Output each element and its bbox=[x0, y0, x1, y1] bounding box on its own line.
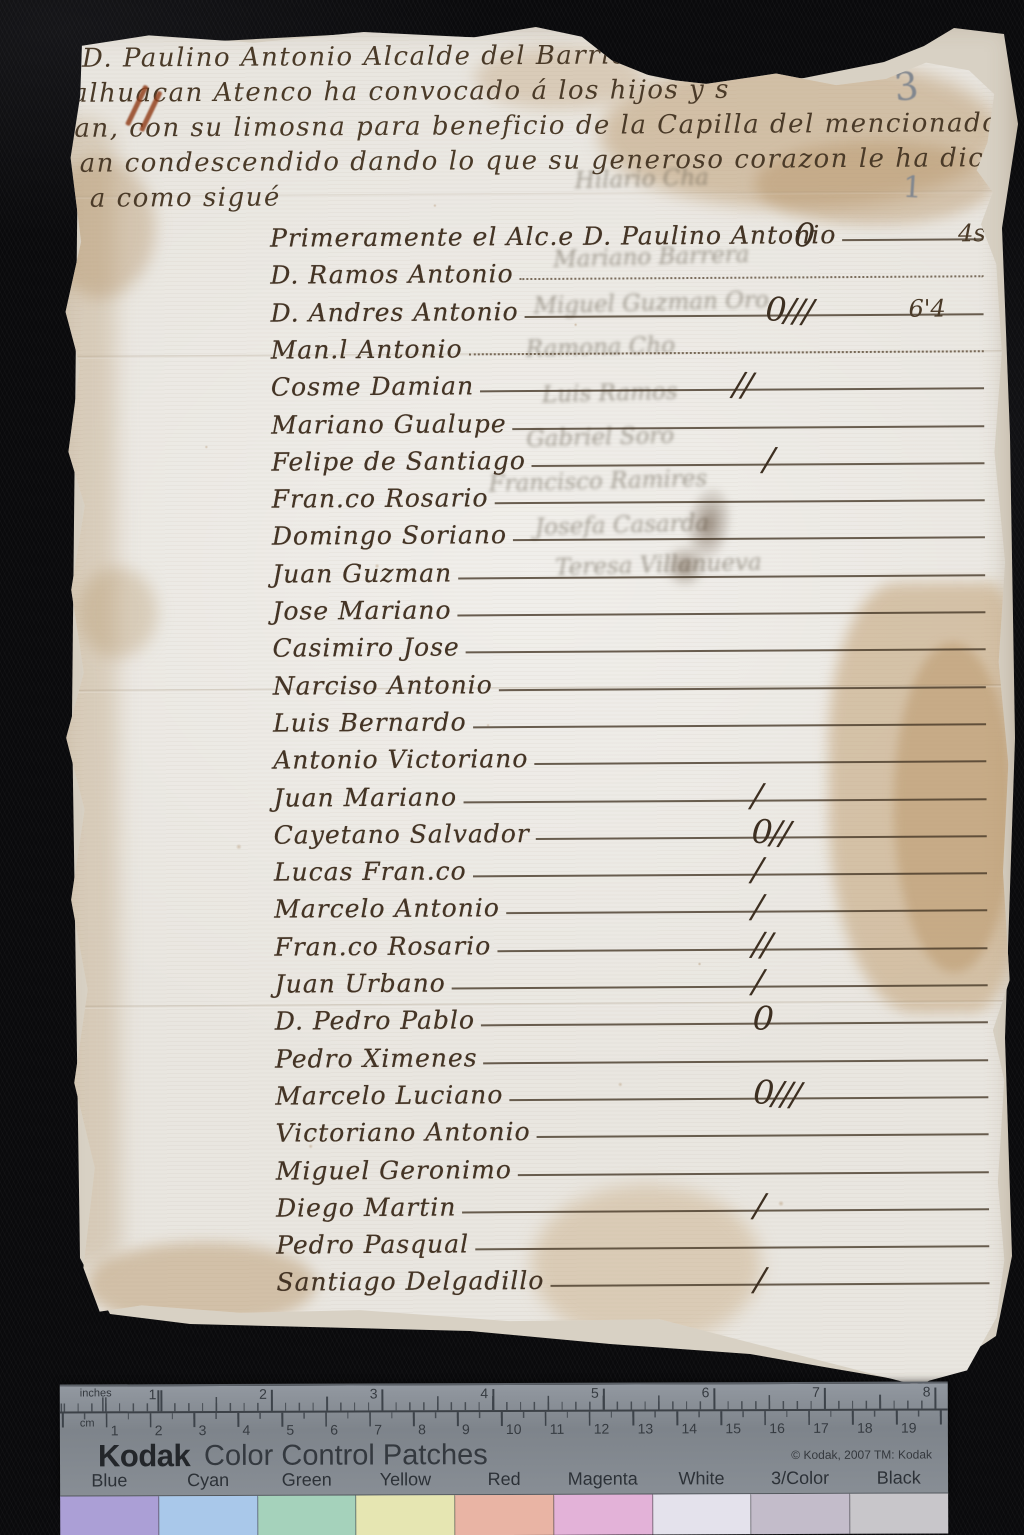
color-patch-3-color bbox=[752, 1494, 851, 1534]
entry-name: D. Pedro Pablo bbox=[275, 1006, 475, 1037]
entry-tally-mark: 0 bbox=[793, 215, 814, 255]
contribution-entry: Antonio Victoriano bbox=[273, 734, 988, 775]
card-copyright: © Kodak, 2007 TM: Kodak bbox=[791, 1448, 932, 1462]
contribution-entry: Fran.co Rosario bbox=[272, 473, 987, 514]
cm-number: 2 bbox=[155, 1422, 163, 1438]
entry-name: Pedro Ximenes bbox=[275, 1043, 478, 1074]
entry-name: Diego Martin bbox=[276, 1192, 457, 1223]
entry-tally-mark: 0// bbox=[751, 811, 791, 852]
contribution-entry: Diego Martin/ bbox=[276, 1182, 991, 1223]
entry-name: Juan Urbano bbox=[275, 969, 446, 1000]
kodak-brand: Kodak bbox=[98, 1438, 190, 1474]
color-patch-green bbox=[258, 1496, 357, 1535]
cm-number: 14 bbox=[681, 1420, 697, 1436]
entry-tally-mark: / bbox=[750, 775, 762, 815]
entry-name: Felipe de Santiago bbox=[271, 446, 526, 478]
entry-name: Pedro Pasqual bbox=[276, 1230, 469, 1261]
patch-label: Yellow bbox=[356, 1469, 455, 1494]
entry-tally-mark: / bbox=[753, 1185, 765, 1225]
contribution-entry: Juan Urbano/ bbox=[275, 958, 990, 999]
cm-number: 1 bbox=[111, 1422, 119, 1438]
inch-number: 1 bbox=[138, 1386, 156, 1402]
entry-name: Fran.co Rosario bbox=[272, 483, 489, 514]
entry-rule-line bbox=[463, 798, 986, 803]
contribution-entry: D. Ramos Antonio bbox=[270, 250, 985, 291]
contribution-entry: Pedro Ximenes bbox=[275, 1033, 990, 1074]
patch-label: Black bbox=[849, 1467, 948, 1492]
contribution-entry: Fran.co Rosario// bbox=[274, 921, 989, 962]
inch-number: 4 bbox=[470, 1385, 488, 1401]
entry-name: Luis Bernardo bbox=[273, 707, 467, 738]
contribution-entry: Victoriano Antonio bbox=[275, 1107, 990, 1148]
patch-label: Cyan bbox=[159, 1470, 258, 1495]
contribution-entry: Marcelo Luciano0/// bbox=[275, 1070, 990, 1111]
entry-rule-line bbox=[550, 1283, 989, 1288]
header-line: an, con su limosna para beneficio de la … bbox=[72, 106, 952, 146]
entry-rule-line bbox=[473, 872, 987, 877]
manuscript-header: D. Paulino Antonio Alcalde del Barrio de… bbox=[72, 36, 953, 216]
contribution-entry: Cosme Damian// bbox=[271, 361, 986, 402]
entry-rule-line bbox=[475, 1245, 989, 1250]
entry-name: D. Ramos Antonio bbox=[270, 259, 513, 290]
cm-number: 12 bbox=[594, 1421, 610, 1437]
contribution-entry: Miguel Geronimo bbox=[276, 1145, 991, 1186]
cm-number: 6 bbox=[330, 1422, 338, 1438]
entry-tally-mark: / bbox=[751, 849, 763, 889]
inch-number: 2 bbox=[249, 1386, 267, 1402]
entry-name: Miguel Geronimo bbox=[276, 1155, 512, 1186]
entry-tally-mark: / bbox=[762, 439, 774, 479]
cm-number: 19 bbox=[901, 1420, 917, 1436]
inch-number: 7 bbox=[802, 1384, 820, 1400]
header-line: D. Paulino Antonio Alcalde del Barrio de… bbox=[72, 36, 952, 76]
entry-rule-line bbox=[513, 425, 985, 430]
color-patch-red bbox=[455, 1495, 554, 1535]
cm-number: 10 bbox=[506, 1421, 522, 1437]
entry-rule-line bbox=[473, 723, 986, 728]
contribution-entry: Juan Guzman bbox=[272, 548, 987, 589]
contribution-entry: Mariano Gualupe bbox=[271, 399, 986, 440]
entry-rule-line bbox=[458, 574, 985, 579]
patch-label: White bbox=[652, 1468, 751, 1493]
cm-number: 15 bbox=[725, 1420, 741, 1436]
cm-number: 13 bbox=[638, 1420, 654, 1436]
ruler: inches 12345678 cm 123456789101112131415… bbox=[60, 1381, 948, 1438]
contribution-entry: D. Andres Antonio0///6'4 bbox=[270, 287, 985, 328]
color-patch-white bbox=[653, 1494, 752, 1534]
cm-number: 7 bbox=[374, 1421, 382, 1437]
card-title-row: Kodak Color Control Patches © Kodak, 200… bbox=[60, 1435, 948, 1470]
entry-rule-line bbox=[481, 1022, 988, 1027]
entry-name: Juan Guzman bbox=[272, 558, 452, 589]
entry-name: Domingo Soriano bbox=[272, 521, 507, 552]
entry-tally-mark: 0/// bbox=[752, 1072, 801, 1114]
contribution-entry: Santiago Delgadillo/ bbox=[276, 1257, 991, 1298]
entry-name: Cosme Damian bbox=[271, 372, 474, 403]
color-patch-cyan bbox=[159, 1496, 258, 1535]
cm-number: 9 bbox=[462, 1421, 470, 1437]
entry-rule-line bbox=[462, 1208, 989, 1213]
patch-label: Blue bbox=[60, 1470, 159, 1495]
entry-name: Cayetano Salvador bbox=[274, 819, 530, 851]
entry-name: Marcelo Antonio bbox=[274, 894, 500, 925]
contribution-entry: Man.l Antonio bbox=[271, 324, 986, 365]
entry-tally-mark: // bbox=[751, 924, 772, 964]
entry-rule-line bbox=[518, 1171, 989, 1176]
contribution-entry: Casimiro Jose bbox=[272, 623, 987, 664]
cm-number: 11 bbox=[550, 1421, 565, 1437]
entry-tally-mark: 0/// bbox=[764, 289, 813, 331]
entry-rule-line bbox=[534, 760, 986, 765]
entry-name: Antonio Victoriano bbox=[273, 744, 528, 776]
inch-number: 5 bbox=[581, 1385, 599, 1401]
cm-number: 4 bbox=[242, 1422, 250, 1438]
entry-rule-line bbox=[469, 350, 984, 355]
contribution-entry: Primeramente el Alc.e D. Paulino Antonio… bbox=[270, 212, 985, 253]
contribution-entry: Marcelo Antonio/ bbox=[274, 884, 989, 925]
cm-number: 5 bbox=[286, 1422, 294, 1438]
contribution-entry: Cayetano Salvador0// bbox=[274, 809, 989, 850]
ruler-inches-row: inches 12345678 bbox=[60, 1381, 948, 1411]
water-stain bbox=[77, 567, 158, 657]
patch-label: 3/Color bbox=[751, 1468, 850, 1493]
inch-number: 8 bbox=[913, 1384, 931, 1400]
entry-tally-mark: / bbox=[751, 961, 763, 1001]
color-patch-black bbox=[850, 1493, 948, 1533]
contribution-entry: Jose Mariano bbox=[272, 585, 987, 626]
entry-rule-line bbox=[506, 910, 987, 915]
entry-name: Juan Mariano bbox=[273, 782, 457, 813]
patch-label: Green bbox=[257, 1470, 356, 1495]
entry-rule-line bbox=[495, 499, 985, 504]
contribution-entry: Luis Bernardo bbox=[273, 697, 988, 738]
entry-rule-line bbox=[484, 1059, 989, 1064]
cm-number: 18 bbox=[857, 1420, 873, 1436]
entry-name: Primeramente el Alc.e D. Paulino Antonio bbox=[270, 220, 836, 253]
cm-number: 17 bbox=[813, 1420, 829, 1436]
color-patches-row bbox=[60, 1492, 948, 1535]
entry-name: Casimiro Jose bbox=[273, 633, 460, 664]
color-patch-magenta bbox=[554, 1494, 653, 1534]
entry-rule-line bbox=[452, 984, 988, 989]
entry-rule-line bbox=[532, 462, 985, 467]
entry-tally-mark: / bbox=[751, 887, 763, 927]
header-line: an condescendido dando lo que su generos… bbox=[73, 141, 953, 181]
entry-name: Jose Mariano bbox=[272, 596, 451, 627]
entry-name: Man.l Antonio bbox=[271, 334, 463, 365]
entry-rule-line bbox=[499, 686, 986, 691]
color-patch-yellow bbox=[356, 1495, 455, 1535]
contribution-entry: Pedro Pasqual bbox=[276, 1219, 991, 1260]
entry-rule-line bbox=[497, 947, 987, 952]
entry-tally-mark: / bbox=[753, 1260, 765, 1300]
entry-rule-line bbox=[466, 649, 986, 654]
cm-number: 16 bbox=[769, 1420, 785, 1436]
contribution-entry: Domingo Soriano bbox=[272, 511, 987, 552]
contribution-entry: Narciso Antonio bbox=[273, 660, 988, 701]
contribution-entry: Lucas Fran.co/ bbox=[274, 846, 989, 887]
entry-rule-line bbox=[520, 276, 984, 281]
entry-rule-line bbox=[537, 1133, 989, 1138]
entry-rule-line bbox=[509, 1096, 988, 1101]
entry-name: Mariano Gualupe bbox=[271, 409, 507, 440]
entry-rule-line bbox=[458, 611, 986, 616]
contribution-entry: D. Pedro Pablo0 bbox=[275, 996, 990, 1037]
entry-name: D. Andres Antonio bbox=[270, 297, 518, 329]
header-line: a como sigué bbox=[73, 176, 953, 216]
entry-name: Santiago Delgadillo bbox=[276, 1266, 544, 1298]
patch-label: Red bbox=[455, 1469, 554, 1494]
patch-labels-row: BlueCyanGreenYellowRedMagentaWhite3/Colo… bbox=[60, 1467, 948, 1495]
entry-name: Fran.co Rosario bbox=[274, 931, 491, 962]
contribution-entry: Juan Mariano/ bbox=[273, 772, 988, 813]
color-patch-blue bbox=[60, 1496, 159, 1535]
contribution-entry: Felipe de Santiago/ bbox=[271, 436, 986, 477]
entry-name: Victoriano Antonio bbox=[275, 1117, 530, 1149]
cm-number: 3 bbox=[199, 1422, 207, 1438]
entry-name: Narciso Antonio bbox=[273, 670, 493, 701]
inch-number: 3 bbox=[360, 1385, 378, 1401]
photo-stage: Hilario ChaMariano BarreraMiguel Guzman … bbox=[0, 0, 1024, 1535]
entry-name: Lucas Fran.co bbox=[274, 857, 467, 888]
bleed-through-text-layer: Hilario ChaMariano BarreraMiguel Guzman … bbox=[54, 22, 1006, 28]
pencil-mark: 1 bbox=[902, 170, 923, 206]
entry-amount: 6'4 bbox=[908, 294, 945, 322]
manuscript-page: Hilario ChaMariano BarreraMiguel Guzman … bbox=[54, 22, 1014, 1403]
cm-number: 8 bbox=[418, 1421, 426, 1437]
entry-name: Marcelo Luciano bbox=[275, 1080, 503, 1111]
inch-number: 6 bbox=[691, 1384, 709, 1400]
card-title: Color Control Patches bbox=[204, 1439, 488, 1473]
entry-rule-line bbox=[513, 537, 985, 542]
entry-tally-mark: // bbox=[732, 364, 753, 404]
kodak-color-card: inches 12345678 cm 123456789101112131415… bbox=[60, 1381, 949, 1535]
entry-tally-mark: 0 bbox=[752, 998, 773, 1038]
patch-label: Magenta bbox=[553, 1468, 652, 1493]
